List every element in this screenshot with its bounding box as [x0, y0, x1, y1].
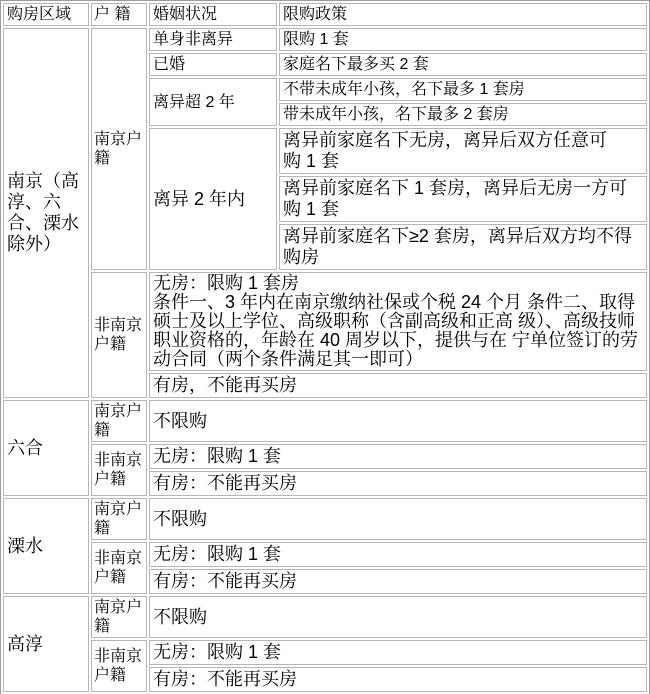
page: 购房区域 户 籍 婚姻状况 限购政策 南京（高 淳、六 合、溧水 除外） 南京户… [0, 0, 650, 694]
liuhe-nonlocal-policy-no-house-cell: 无房：限购 1 套 [149, 444, 647, 469]
policy-single-cell: 限购 1 套 [279, 28, 647, 51]
liuhe-local-household-cell: 南京户 籍 [91, 400, 147, 442]
nanjing-local-household-cell: 南京户 籍 [91, 28, 147, 270]
liuhe-nonlocal-policy-has-house-cell: 有房：不能再买房 [149, 471, 647, 496]
policy-div-within2y-one-house-cell: 离异前家庭名下 1 套房，离异后无房一方可 购 1 套 [279, 176, 647, 222]
marital-divorced-over2y-cell: 离异超 2 年 [149, 78, 277, 126]
lishui-nonlocal-policy-no-house-cell: 无房：限购 1 套 [149, 542, 647, 567]
marital-married-cell: 已婚 [149, 53, 277, 76]
region-lishui-cell: 溧水 [3, 498, 89, 594]
lishui-nonlocal-policy-has-house-cell: 有房：不能再买房 [149, 569, 647, 594]
policy-div-within2y-two-houses-cell: 离异前家庭名下≥2 套房，离异后双方均不得 购房 [279, 224, 647, 270]
lishui-local-policy-cell: 不限购 [149, 498, 647, 540]
header-household: 户 籍 [91, 3, 147, 26]
region-liuhe-cell: 六合 [3, 400, 89, 496]
header-marital: 婚姻状况 [149, 3, 277, 26]
gaochun-local-policy-cell: 不限购 [149, 596, 647, 638]
lishui-local-household-cell: 南京户 籍 [91, 498, 147, 540]
purchase-policy-table: 购房区域 户 籍 婚姻状况 限购政策 南京（高 淳、六 合、溧水 除外） 南京户… [0, 0, 650, 694]
table-row: 非南京 户籍 无房：限购 1 套 [3, 542, 647, 567]
liuhe-local-policy-cell: 不限购 [149, 400, 647, 442]
policy-div-within2y-no-house-cell: 离异前家庭名下无房，离异后双方任意可 购 1 套 [279, 128, 647, 174]
policy-div-over2y-with-child-cell: 带未成年小孩，名下最多 2 套房 [279, 103, 647, 126]
region-nanjing-cell: 南京（高 淳、六 合、溧水 除外） [3, 28, 89, 398]
gaochun-local-household-cell: 南京户 籍 [91, 596, 147, 638]
header-row: 购房区域 户 籍 婚姻状况 限购政策 [3, 3, 647, 26]
gaochun-nonlocal-policy-no-house-cell: 无房：限购 1 套 [149, 640, 647, 665]
table-row: 非南京 户籍 无房：限购 1 套 [3, 444, 647, 469]
table-row: 溧水 南京户 籍 不限购 [3, 498, 647, 540]
marital-single-cell: 单身非离异 [149, 28, 277, 51]
nanjing-nonlocal-policy-has-house-cell: 有房，不能再买房 [149, 373, 647, 398]
gaochun-nonlocal-household-cell: 非南京 户籍 [91, 640, 147, 692]
header-region: 购房区域 [3, 3, 89, 26]
table-row: 高淳 南京户 籍 不限购 [3, 596, 647, 638]
nanjing-nonlocal-policy-no-house-cell: 无房：限购 1 套房 条件一、3 年内在南京缴纳社保或个税 24 个月 条件二、… [149, 272, 647, 371]
marital-divorced-within2y-cell: 离异 2 年内 [149, 128, 277, 270]
liuhe-nonlocal-household-cell: 非南京 户籍 [91, 444, 147, 496]
table-row: 非南京 户籍 无房：限购 1 套房 条件一、3 年内在南京缴纳社保或个税 24 … [3, 272, 647, 371]
policy-married-cell: 家庭名下最多买 2 套 [279, 53, 647, 76]
table-row: 南京（高 淳、六 合、溧水 除外） 南京户 籍 单身非离异 限购 1 套 [3, 28, 647, 51]
policy-div-over2y-no-child-cell: 不带未成年小孩，名下最多 1 套房 [279, 78, 647, 101]
lishui-nonlocal-household-cell: 非南京 户籍 [91, 542, 147, 594]
gaochun-nonlocal-policy-has-house-cell: 有房：不能再买房 [149, 667, 647, 692]
table-row: 六合 南京户 籍 不限购 [3, 400, 647, 442]
nanjing-nonlocal-household-cell: 非南京 户籍 [91, 272, 147, 398]
region-gaochun-cell: 高淳 [3, 596, 89, 692]
header-policy: 限购政策 [279, 3, 647, 26]
table-row: 非南京 户籍 无房：限购 1 套 [3, 640, 647, 665]
